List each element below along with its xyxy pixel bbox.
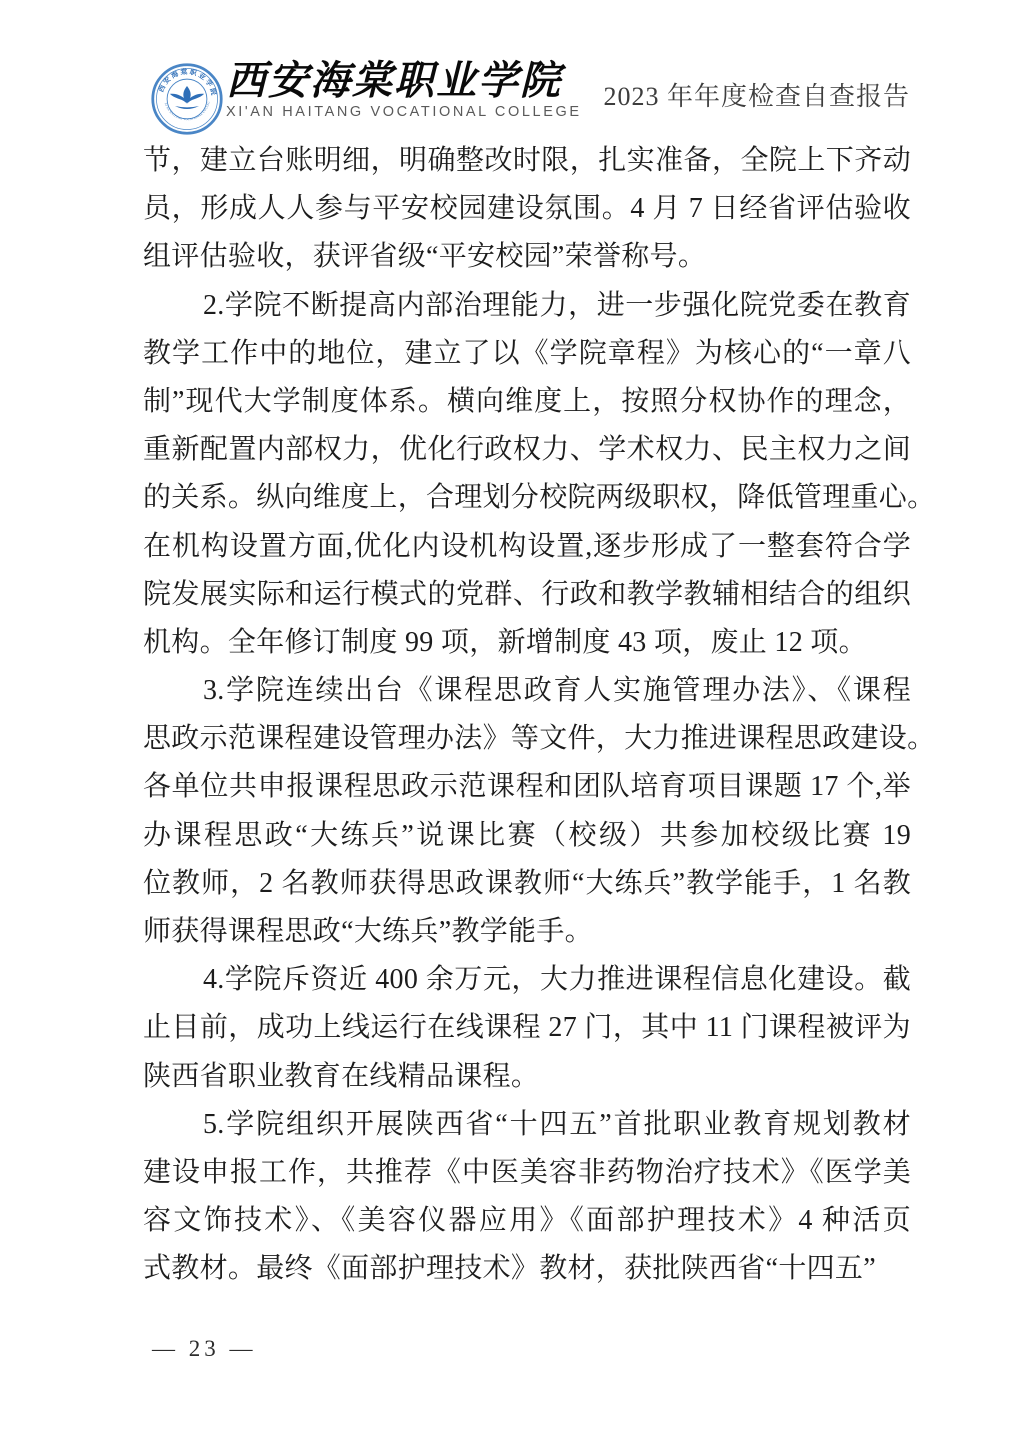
college-logo-icon: 西安海棠职业学院 XI'AN HAITANG VOCATIONAL COLLEG… [150,62,224,136]
text-line: 教学工作中的地位，建立了以《学院章程》为核心的“一章八 [143,330,911,378]
page-header: 西安海棠职业学院 XI'AN HAITANG VOCATIONAL COLLEG… [150,58,910,140]
text-line: 组评估验收，获评省级“平安校园”荣誉称号。 [143,233,911,281]
text-line: 思政示范课程建设管理办法》等文件，大力推进课程思政建设。 [143,715,911,763]
text-line: 员，形成人人参与平安校园建设氛围。4 月 7 日经省评估验收 [143,185,911,233]
text-line: 位教师，2 名教师获得思政课教师“大练兵”教学能手，1 名教 [143,860,911,908]
text-line: 办课程思政“大练兵”说课比赛（校级）共参加校级比赛 19 [143,812,911,860]
college-name-cn: 西安海棠职业学院 [226,60,582,102]
text-line: 2.学院不断提高内部治理能力，进一步强化院党委在教育 [143,282,911,330]
text-line: 容文饰技术》、《美容仪器应用》《面部护理技术》4 种活页 [143,1197,911,1245]
document-body: 节，建立台账明细，明确整改时限，扎实准备，全院上下齐动员，形成人人参与平安校园建… [143,137,911,1294]
college-name-en: XI'AN HAITANG VOCATIONAL COLLEGE [226,103,582,121]
document-page: 西安海棠职业学院 XI'AN HAITANG VOCATIONAL COLLEG… [0,0,1024,1447]
text-line: 机构。全年修订制度 99 项，新增制度 43 项，废止 12 项。 [143,619,911,667]
text-line: 重新配置内部权力，优化行政权力、学术权力、民主权力之间 [143,426,911,474]
text-line: 止目前，成功上线运行在线课程 27 门，其中 11 门课程被评为 [143,1004,911,1052]
text-line: 3.学院连续出台《课程思政育人实施管理办法》、《课程 [143,667,911,715]
text-line: 节，建立台账明细，明确整改时限，扎实准备，全院上下齐动 [143,137,911,185]
text-line: 在机构设置方面,优化内设机构设置,逐步形成了一整套符合学 [143,523,911,571]
text-line: 建设申报工作，共推荐《中医美容非药物治疗技术》《医学美 [143,1149,911,1197]
text-line: 的关系。纵向维度上，合理划分校院两级职权，降低管理重心。 [143,474,911,522]
page-number: — 23 — [152,1336,257,1362]
text-line: 式教材。最终《面部护理技术》教材，获批陕西省“十四五” [143,1245,911,1293]
text-line: 师获得课程思政“大练兵”教学能手。 [143,908,911,956]
text-line: 制”现代大学制度体系。横向维度上，按照分权协作的理念， [143,378,911,426]
text-line: 4.学院斥资近 400 余万元，大力推进课程信息化建设。截 [143,956,911,1004]
text-line: 院发展实际和运行模式的党群、行政和教学教辅相结合的组织 [143,571,911,619]
text-line: 陕西省职业教育在线精品课程。 [143,1053,911,1101]
text-line: 5.学院组织开展陕西省“十四五”首批职业教育规划教材 [143,1101,911,1149]
college-name-block: 西安海棠职业学院 XI'AN HAITANG VOCATIONAL COLLEG… [226,60,582,121]
report-title: 2023 年年度检查自查报告 [603,76,910,113]
text-line: 各单位共申报课程思政示范课程和团队培育项目课题 17 个,举 [143,763,911,811]
